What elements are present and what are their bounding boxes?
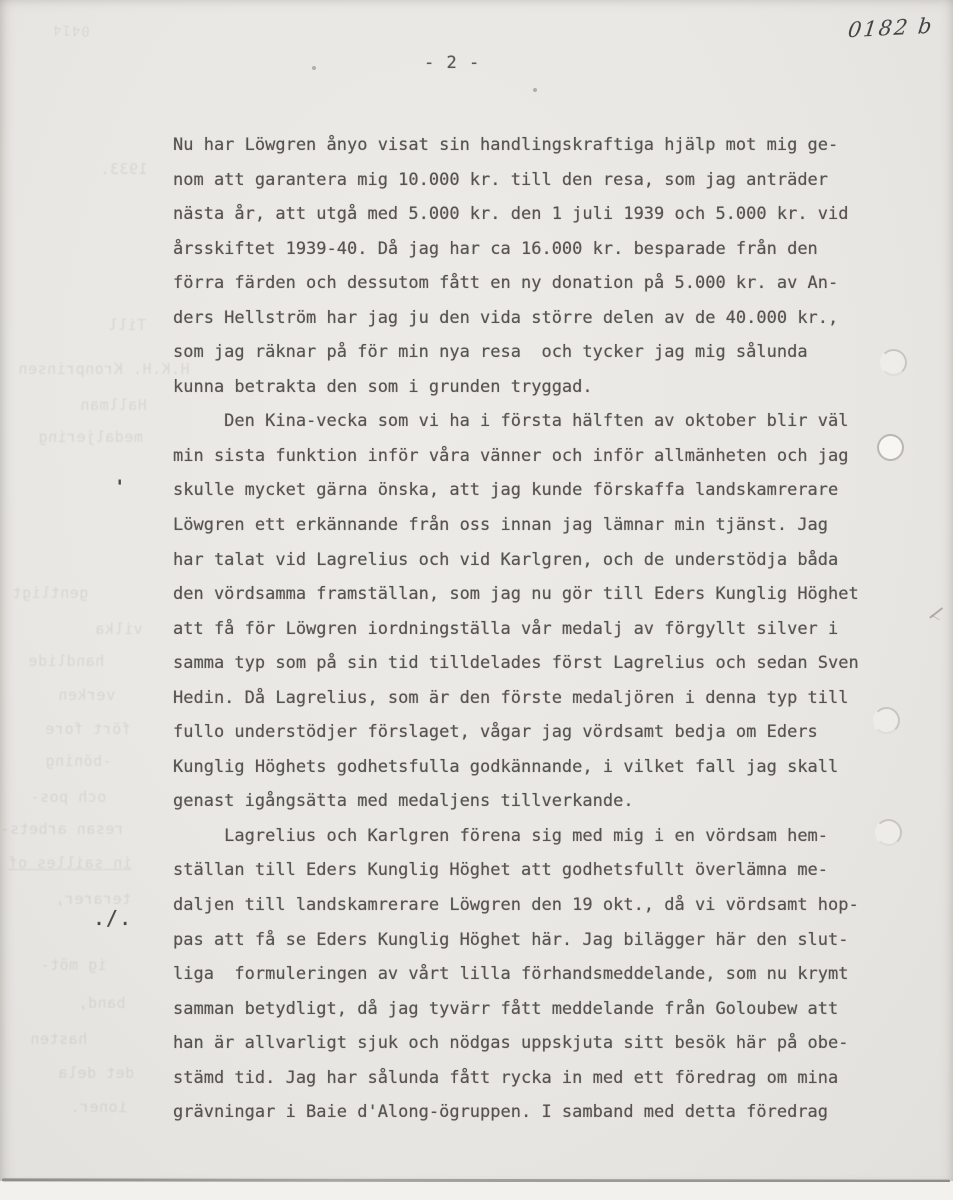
text-line: samman betydligt, då jag tyvärr fått med…: [173, 992, 903, 1027]
ghost-text-fragment: vilka: [95, 620, 143, 638]
stray-dot: [312, 66, 316, 70]
paper-sheet: 0414 0182 b - 2 - Nu har Löwgren ånyo vi…: [0, 0, 953, 1181]
text-line: Löwgren ett erkännande från oss innan ja…: [173, 508, 903, 543]
text-line: liga formuleringen av vårt lilla förhand…: [173, 957, 903, 992]
ghost-text-fragment: fört fore: [45, 720, 131, 738]
ghost-text-fragment: in sailles of: [8, 854, 132, 872]
text-line: Kunglig Höghets godhetsfulla godkännande…: [173, 750, 903, 785]
punch-hole: [880, 349, 907, 376]
ghost-text-fragment: det dela: [58, 1064, 134, 1082]
text-line: Lagrelius och Karlgren förena sig med mi…: [173, 819, 903, 854]
text-line: nästa år, att utgå med 5.000 kr. den 1 j…: [173, 197, 903, 232]
stray-dot: [533, 88, 537, 92]
ghost-text-fragment: medaljering: [38, 428, 143, 446]
page-number-header: - 2 -: [424, 53, 480, 73]
punch-hole: [873, 707, 900, 734]
text-line: pas att få se Eders Kunglig Höghet här. …: [173, 923, 903, 958]
text-line: årsskiftet 1939-40. Då jag har ca 16.000…: [173, 232, 903, 267]
text-line: stämd tid. Jag har sålunda fått rycka in…: [173, 1061, 903, 1096]
text-line: genast igångsätta med medaljens tillverk…: [173, 784, 903, 819]
ghost-text-fragment: handlide: [28, 652, 104, 670]
ghost-text-fragment: 1933.: [100, 160, 148, 178]
ghost-text-fragment: Till: [108, 316, 146, 334]
enclosure-margin-mark: ./.: [93, 906, 132, 930]
punch-hole: [875, 819, 902, 846]
text-line: Den Kina-vecka som vi ha i första hälfte…: [173, 404, 903, 439]
ghost-text-fragment: terarer,: [55, 890, 131, 908]
text-line: att få för Löwgren iordningställa vår me…: [173, 612, 903, 647]
text-line: den vördsamma framställan, som jag nu gö…: [173, 577, 903, 612]
text-line: daljen till landskamrerare Löwgren den 1…: [173, 888, 903, 923]
text-line: förra färden och dessutom fått en ny don…: [173, 266, 903, 301]
text-line: han är allvarligt sjuk och nödgas uppskj…: [173, 1026, 903, 1061]
punch-hole: [877, 434, 904, 461]
text-line: som jag räknar på för min nya resa och t…: [173, 335, 903, 370]
ghost-text-fragment: H.K.H. Kronprinsen: [18, 360, 190, 378]
ghost-text-fragment: gentligt: [12, 584, 88, 602]
text-line: ställan till Eders Kunglig Höghet att go…: [173, 853, 903, 888]
text-line: ders Hellström har jag ju den vida störr…: [173, 301, 903, 336]
ghost-text-fragment: resan arbets-: [0, 820, 124, 838]
text-line: nom att garantera mig 10.000 kr. till de…: [173, 163, 903, 198]
stray-ink-mark: ': [114, 476, 125, 498]
text-line: fullo understödjer förslaget, vågar jag …: [173, 715, 903, 750]
text-line: kunna betrakta den som i grunden tryggad…: [173, 370, 903, 405]
faint-stamp-number: 0414: [52, 21, 90, 38]
ghost-text-fragment: och pos-: [30, 788, 106, 806]
ghost-text-fragment: -böning: [45, 752, 112, 770]
ghost-text-fragment: hasten: [30, 1030, 87, 1048]
text-line: skulle mycket gärna önska, att jag kunde…: [173, 473, 903, 508]
text-line: Hedin. Då Lagrelius, som är den förste m…: [173, 681, 903, 716]
ghost-text-fragment: ioner.: [70, 1098, 127, 1116]
text-line: grävningar i Baie d'Along-ögruppen. I sa…: [173, 1095, 903, 1130]
scratch-mark: [931, 615, 939, 621]
text-line: har talat vid Lagrelius och vid Karlgren…: [173, 543, 903, 578]
scan-background: [0, 1182, 953, 1200]
handwritten-folio-number: 0182 b: [847, 14, 935, 43]
ghost-text-fragment: band,: [78, 994, 126, 1012]
ghost-text-fragment: Hallman: [80, 396, 147, 414]
ghost-text-fragment: ig möt-: [40, 956, 107, 974]
text-line: samma typ som på sin tid tilldelades för…: [173, 646, 903, 681]
text-line: min sista funktion inför våra vänner och…: [173, 439, 903, 474]
text-line: Nu har Löwgren ånyo visat sin handlingsk…: [173, 128, 903, 163]
ghost-text-fragment: verken: [58, 686, 115, 704]
letter-body: Nu har Löwgren ånyo visat sin handlingsk…: [173, 128, 903, 1130]
